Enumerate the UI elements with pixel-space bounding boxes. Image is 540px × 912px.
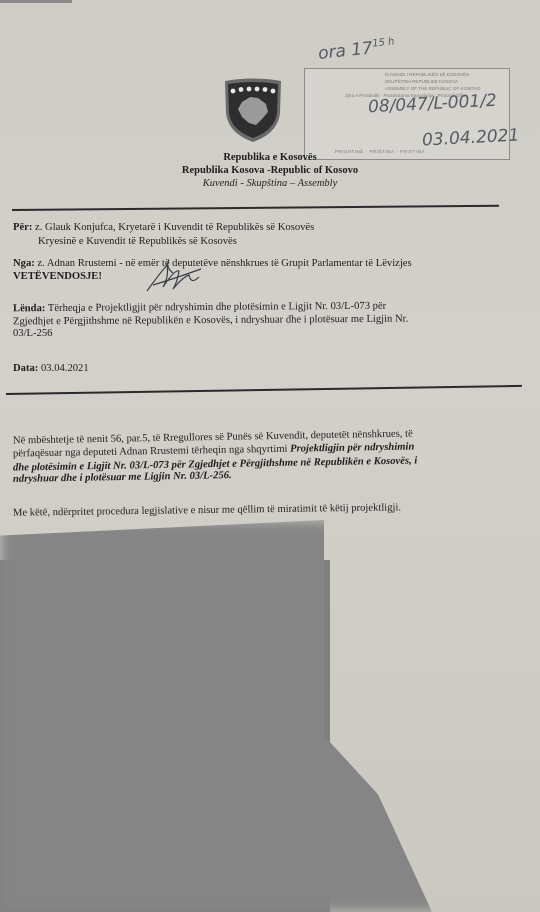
- document-page: ora 1715 h KUVENDI I REPUBLIKËS SË KOSOV…: [0, 0, 540, 912]
- body-paragraph-2: Me këtë, ndërpritet procedura legjislati…: [13, 502, 401, 520]
- divider-top: [12, 205, 499, 211]
- header-line-1: Republika e Kosovës: [0, 152, 540, 163]
- handwritten-time: ora 1715 h: [317, 36, 396, 64]
- subject-line-3: 03/L-256: [13, 328, 52, 341]
- sender-party: VETËVENDOSJE!: [13, 271, 102, 284]
- divider-bottom: [6, 385, 522, 395]
- page-edge: [0, 0, 72, 3]
- date-line: Data: 03.04.2021: [13, 363, 89, 376]
- kosovo-coat-of-arms-icon: [222, 77, 284, 143]
- header-line-2: Republika Kosova -Republic of Kosovo: [0, 165, 540, 176]
- recipient-line-2: Kryesinë e Kuvendit të Republikës së Kos…: [38, 236, 237, 249]
- photo-shadow-edge: [0, 520, 540, 912]
- body-line-4: ndryshuar dhe i plotësuar me Ligjin Nr. …: [13, 470, 232, 486]
- recipient-line: Për: z. Glauk Konjufca, Kryetarë i Kuven…: [13, 222, 314, 235]
- signature-icon: [143, 257, 203, 297]
- header-line-3: Kuvendi - Skupština – Assembly: [0, 178, 540, 189]
- subject-line-2: Zgjedhjet e Përgjithshme në Republikën e…: [13, 314, 408, 329]
- sender-line: Nga: z. Adnan Rrustemi - në emër të depu…: [13, 258, 412, 271]
